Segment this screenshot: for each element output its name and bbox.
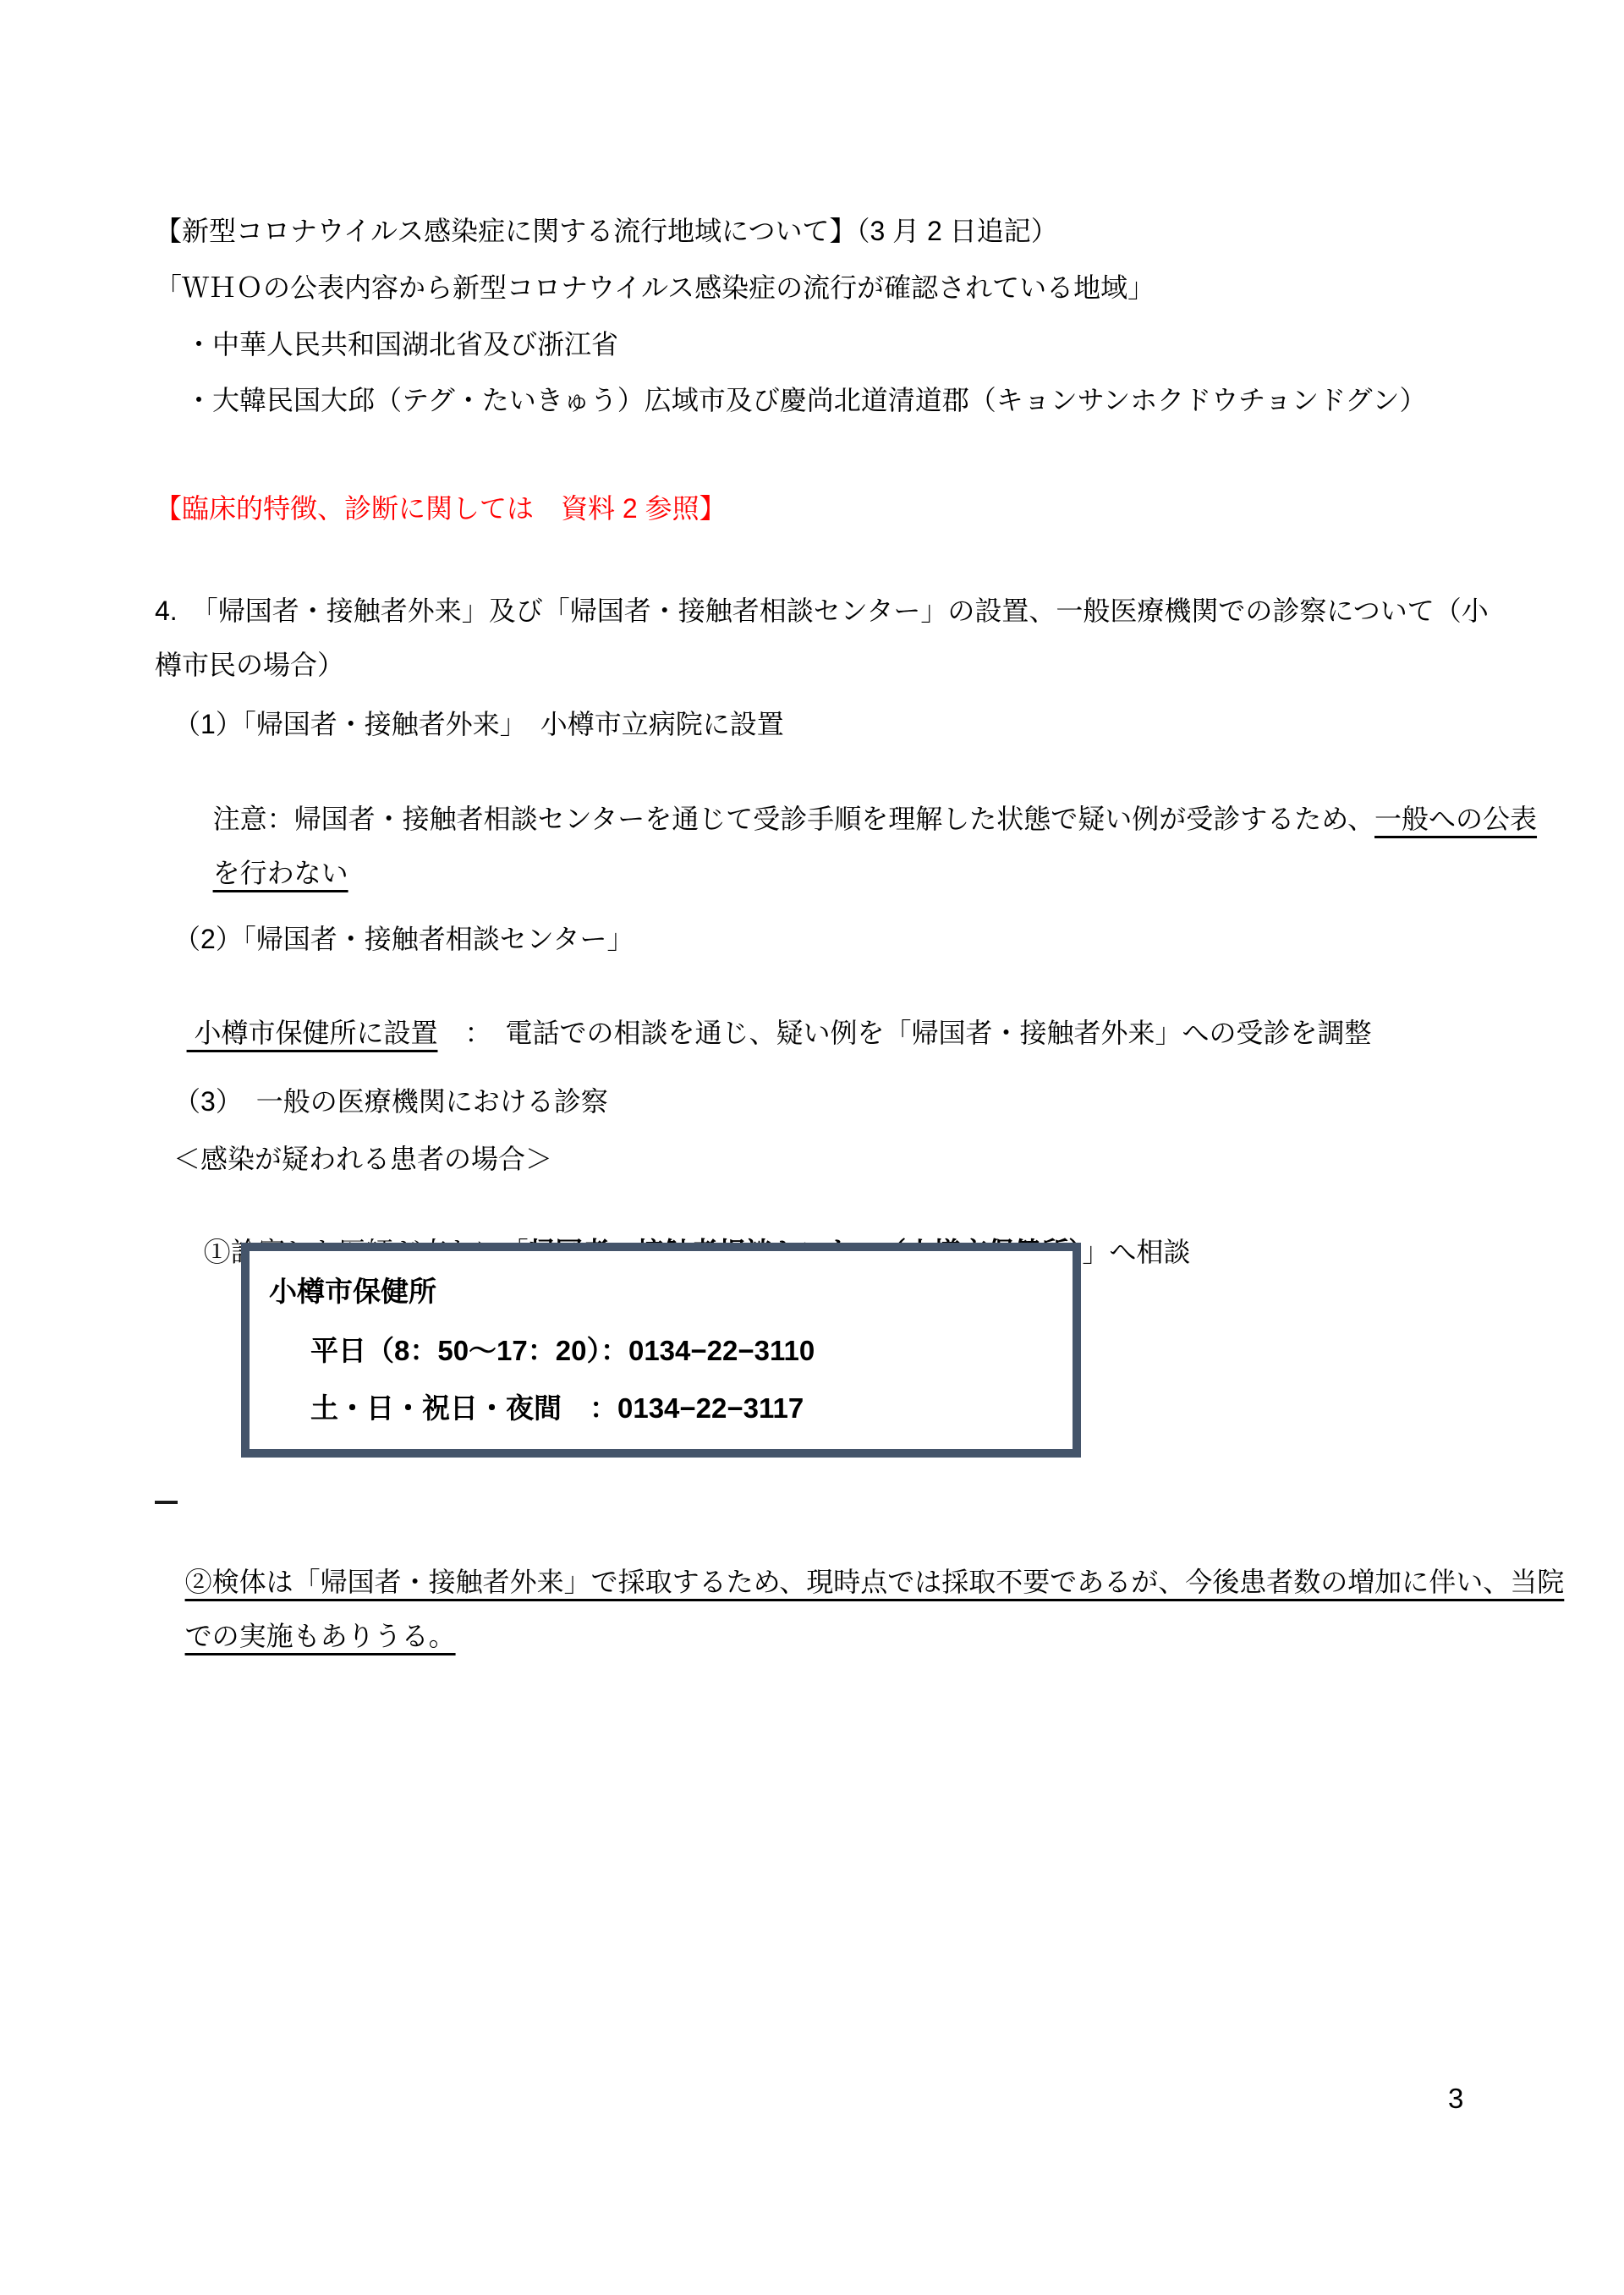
clinical-note-red: 【臨床的特徴、診断に関しては 資料 2 参照】 (155, 489, 727, 528)
contact-box-weekday-phone: 平日（8：50～17：20）：0134−22−3110 (310, 1329, 815, 1369)
underscore-mark (155, 1501, 178, 1504)
health-center-contact-box: 小樽市保健所 平日（8：50～17：20）：0134−22−3110 土・日・祝… (241, 1243, 1081, 1458)
item1-outpatient: （1）「帰国者・接触者外来」 小樽市立病院に設置 (173, 705, 784, 744)
item3-general-clinic: （3） 一般の医療機関における診察 (173, 1082, 608, 1121)
bullet-korea: ・大韓民国大邱（テグ・たいきゅう）広域市及び慶尚北道清道郡（キョンサンホクドウチ… (185, 381, 1427, 420)
document-page: 【新型コロナウイルス感染症に関する流行地域について】（3 月 2 日追記） 「Ｗ… (0, 0, 1624, 2295)
center-location-rest: ： 電話での相談を通じ、疑い例を「帰国者・接触者外来」への受診を調整 (437, 1018, 1371, 1048)
caution-underline1: 一般への公表 (1374, 804, 1537, 834)
caution-line1: 注意：帰国者・接触者相談センターを通じて受診手順を理解した状態で疑い例が受診する… (183, 760, 1537, 877)
center-location-underlined: 小樽市保健所に設置 (187, 1018, 438, 1048)
step1-post: 」へ相談 (1082, 1237, 1190, 1267)
epidemic-area-heading: 【新型コロナウイルス感染症に関する流行地域について】（3 月 2 日追記） (155, 211, 1058, 250)
section4-line2: 樽市民の場合） (155, 645, 344, 684)
bullet-china: ・中華人民共和国湖北省及び浙江省 (185, 325, 618, 364)
suspected-patient-header: ＜感染が疑われる患者の場合＞ (173, 1139, 552, 1178)
item2-consult-center: （2）「帰国者・接触者相談センター」 (173, 920, 634, 958)
section4-line1: 4. 「帰国者・接触者外来」及び「帰国者・接触者相談センター」の設置、一般医療機… (155, 591, 1489, 630)
caution-text: 注意：帰国者・接触者相談センターを通じて受診手順を理解した状態で疑い例が受診する… (213, 804, 1374, 834)
center-location-line: 小樽市保健所に設置 ： 電話での相談を通じ、疑い例を「帰国者・接触者外来」への受… (156, 975, 1371, 1091)
step2-line2-underlined: での実施もありうる。 (185, 1621, 456, 1651)
who-confirmed-area-line: 「ＷＨＯの公表内容から新型コロナウイルス感染症の流行が確認されている地域」 (155, 268, 1155, 307)
contact-box-holiday-phone: 土・日・祝日・夜間 ：0134−22−3117 (310, 1386, 804, 1426)
caution-underline2: を行わない (213, 858, 348, 888)
caution-line2: を行わない (183, 815, 348, 931)
step2-line2: での実施もありうる。 (155, 1578, 456, 1694)
page-number: 3 (1448, 2083, 1463, 2115)
contact-box-title: 小樽市保健所 (269, 1270, 436, 1309)
